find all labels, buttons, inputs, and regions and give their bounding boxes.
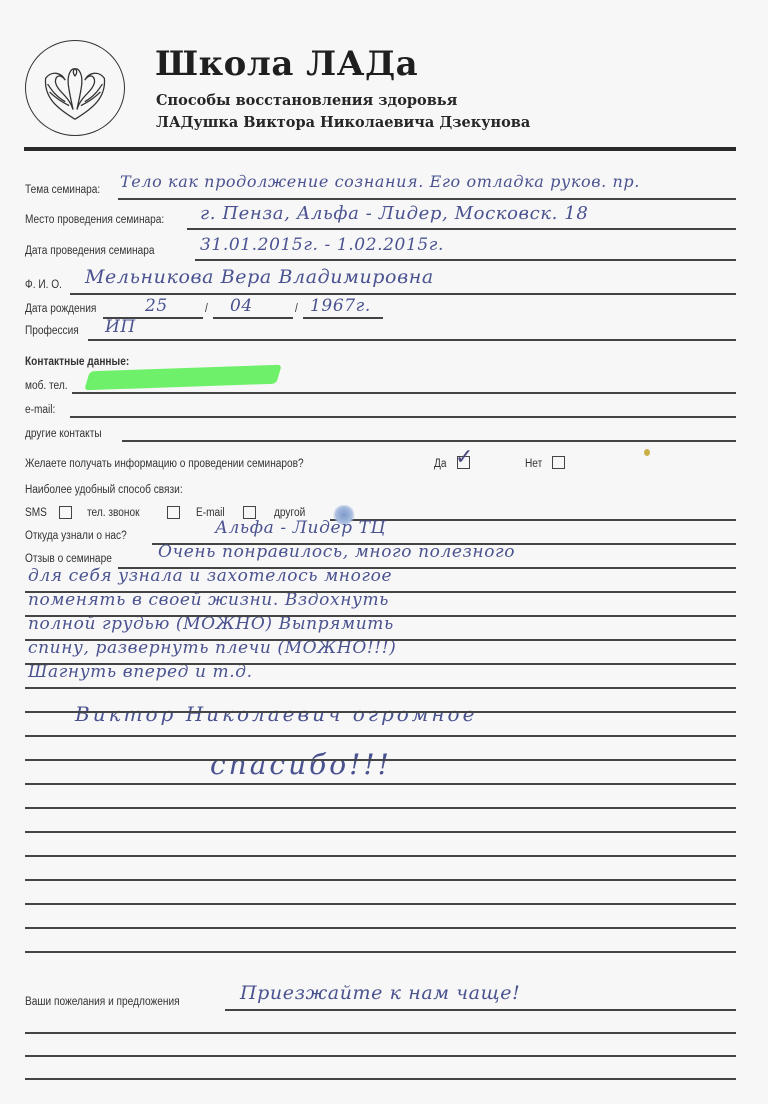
school-subtitle: Способы восстановления здоровья bbox=[156, 92, 457, 109]
profession-field[interactable]: ИП bbox=[105, 317, 136, 337]
seminar-date-label: Дата проведения семинара bbox=[25, 245, 154, 257]
review-line: Виктор Николаевич огромное bbox=[75, 702, 477, 726]
wishes-field[interactable]: Приезжайте к нам чаще! bbox=[240, 982, 520, 1004]
seminar-date-line bbox=[195, 259, 736, 261]
review-rule bbox=[25, 879, 736, 881]
subscribe-no-label: Нет bbox=[525, 458, 542, 470]
source-field[interactable]: Альфа - Лидер ТЦ bbox=[215, 518, 386, 538]
contact-method-sms-label: SMS bbox=[25, 507, 47, 519]
birth-day-field[interactable]: 25 bbox=[145, 296, 168, 316]
seminar-place-label: Место проведения семинара: bbox=[25, 214, 164, 226]
subscribe-yes-label: Да bbox=[434, 458, 446, 470]
paper-speck bbox=[644, 449, 650, 456]
contact-method-call-label: тел. звонок bbox=[87, 507, 140, 519]
birth-date-separator: / bbox=[205, 303, 208, 315]
review-rule bbox=[25, 927, 736, 929]
full-name-line bbox=[70, 293, 736, 295]
review-rule bbox=[118, 567, 736, 569]
seminar-place-field[interactable]: г. Пенза, Альфа - Лидер, Московск. 18 bbox=[200, 203, 588, 224]
mobile-label: моб. тел. bbox=[25, 380, 68, 392]
birth-date-separator: / bbox=[295, 303, 298, 315]
profession-line bbox=[88, 339, 736, 341]
review-rule bbox=[25, 663, 736, 665]
full-name-field[interactable]: Мельникова Вера Владимировна bbox=[85, 266, 434, 288]
review-rule bbox=[25, 591, 736, 593]
review-rule bbox=[25, 687, 736, 689]
contact-method-label: Наиболее удобный способ связи: bbox=[25, 484, 183, 496]
wishes-rule bbox=[25, 1055, 736, 1057]
seminar-topic-field[interactable]: Тело как продолжение сознания. Его отлад… bbox=[120, 172, 640, 191]
birth-year-field[interactable]: 1967г. bbox=[310, 296, 371, 316]
birth-month-line bbox=[213, 317, 293, 319]
seminar-topic-label: Тема семинара: bbox=[25, 184, 100, 196]
seminar-place-line bbox=[187, 228, 736, 230]
contact-method-sms-checkbox[interactable] bbox=[59, 506, 72, 519]
review-label: Отзыв о семинаре bbox=[25, 553, 112, 565]
review-line: поменять в своей жизни. Вздохнуть bbox=[28, 590, 389, 610]
source-label: Откуда узнали о нас? bbox=[25, 530, 127, 542]
review-rule bbox=[25, 855, 736, 857]
wishes-rule bbox=[25, 1032, 736, 1034]
review-rule bbox=[25, 711, 736, 713]
review-rule bbox=[25, 759, 736, 761]
contact-method-call-checkbox[interactable] bbox=[167, 506, 180, 519]
subscribe-question: Желаете получать информацию о проведении… bbox=[25, 458, 304, 470]
school-subtitle-author: ЛАДушка Виктора Николаевича Дзекунова bbox=[156, 114, 530, 131]
wishes-rule bbox=[25, 1078, 736, 1080]
contacts-heading: Контактные данные: bbox=[25, 356, 129, 368]
review-rule bbox=[25, 735, 736, 737]
header-divider bbox=[24, 147, 736, 151]
review-line: для себя узнала и захотелось многое bbox=[28, 566, 392, 586]
review-rule bbox=[25, 807, 736, 809]
feedback-form-page: Школа ЛАДа Способы восстановления здоров… bbox=[0, 0, 768, 1104]
mobile-line bbox=[72, 392, 736, 394]
email-label: e-mail: bbox=[25, 404, 55, 416]
redacted-phone-mark bbox=[84, 365, 282, 391]
wishes-label: Ваши пожелания и предложения bbox=[25, 996, 180, 1008]
review-rule bbox=[25, 903, 736, 905]
review-line: Шагнуть вперед и т.д. bbox=[28, 662, 253, 682]
review-rule bbox=[25, 831, 736, 833]
profession-label: Профессия bbox=[25, 325, 79, 337]
swans-logo-icon bbox=[25, 40, 125, 136]
full-name-label: Ф. И. О. bbox=[25, 279, 62, 291]
birth-month-field[interactable]: 04 bbox=[230, 296, 253, 316]
review-rule bbox=[25, 639, 736, 641]
seminar-date-field[interactable]: 31.01.2015г. - 1.02.2015г. bbox=[200, 235, 444, 255]
review-line: спасибо!!! bbox=[210, 748, 392, 781]
birth-date-label: Дата рождения bbox=[25, 303, 96, 315]
review-rule bbox=[25, 951, 736, 953]
wishes-line bbox=[225, 1009, 736, 1011]
other-contacts-field[interactable] bbox=[122, 440, 736, 442]
review-line: полной грудью (МОЖНО) Выпрямить bbox=[28, 614, 394, 634]
review-rule bbox=[25, 615, 736, 617]
birth-year-line bbox=[303, 317, 383, 319]
review-rule bbox=[25, 783, 736, 785]
review-line: Очень понравилось, много полезного bbox=[158, 542, 515, 562]
seminar-topic-line bbox=[118, 198, 736, 200]
checkmark-icon: ✓ bbox=[455, 446, 473, 468]
email-field[interactable] bbox=[70, 416, 736, 418]
school-title: Школа ЛАДа bbox=[155, 44, 418, 84]
review-line: спину, развернуть плечи (МОЖНО!!!) bbox=[28, 638, 396, 658]
contact-method-other-field[interactable] bbox=[330, 519, 736, 521]
other-contacts-label: другие контакты bbox=[25, 428, 102, 440]
subscribe-no-checkbox[interactable] bbox=[552, 456, 565, 469]
